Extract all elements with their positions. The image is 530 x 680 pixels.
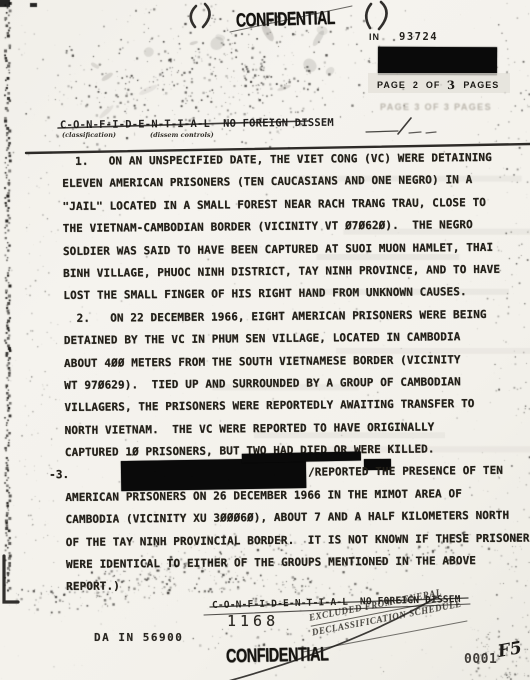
margin-bracket-mark: [4, 556, 18, 602]
document-control-number: 0001: [464, 652, 497, 667]
dissem-control-marking: NO FOREIGN DISSEM: [223, 117, 334, 130]
redaction-bar-top: [378, 47, 497, 76]
classification-marking: C-O-N-F-I-D-E-N-T-I-A-L: [60, 118, 210, 131]
total-pages-handwritten: 3: [447, 78, 457, 93]
confidential-stamp-bottom: CONFIDENTIAL: [226, 643, 329, 668]
document-body: 1. ON AN UNSPECIFIED DATE, THE VIET CONG…: [62, 151, 530, 603]
ghost-bleedthrough-page-line: PAGE 3 OF 3 PAGES: [380, 102, 492, 112]
handwritten-annotation: F5: [496, 638, 523, 662]
paragraph-3-number: -3.: [49, 468, 69, 481]
scanned-document-page: CONFIDENTIAL IN 93724 PAGE 2 OF 3 PAGES …: [0, 0, 530, 680]
confidential-stamp-top: CONFIDENTIAL: [236, 7, 335, 32]
dissem-caption: (dissem controls): [150, 131, 214, 139]
serial-number: 1168: [227, 612, 279, 630]
of-label: OF: [426, 80, 441, 90]
classification-header-line: C-O-N-F-I-D-E-N-T-I-A-L NO FOREIGN DISSE…: [60, 117, 334, 131]
da-in-number: DA IN 56900: [94, 631, 183, 644]
in-label: IN: [369, 32, 380, 42]
pen-paren-mark: [191, 6, 196, 27]
pages-label: PAGES: [463, 80, 499, 90]
paragraph-3-text-after-redaction: /REPORTED THE PRESENCE OF TEN: [308, 464, 503, 479]
page-label: PAGE: [377, 80, 406, 90]
redaction-bar-main: [121, 458, 306, 491]
in-number: 93724: [399, 31, 438, 43]
page-number: 2: [413, 80, 419, 90]
classification-caption: (classification): [62, 131, 116, 139]
page-count-line: PAGE 2 OF 3 PAGES: [377, 77, 499, 91]
